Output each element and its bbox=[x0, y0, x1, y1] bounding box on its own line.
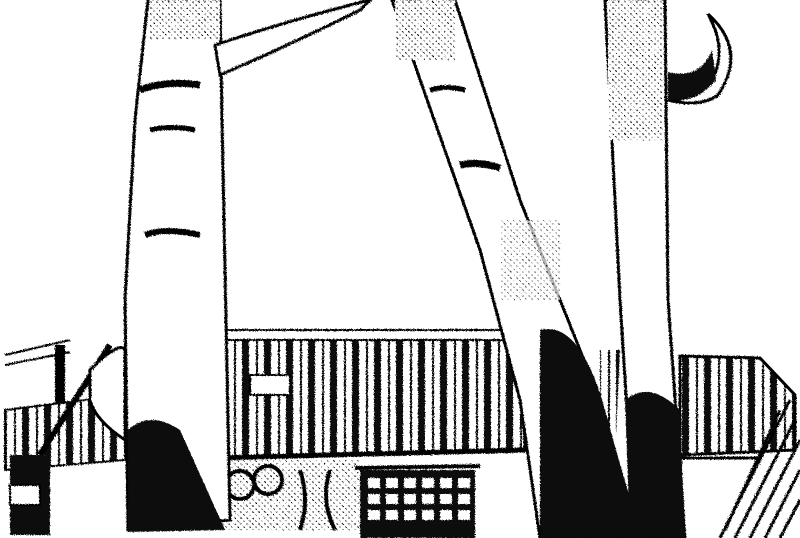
ink-drawing bbox=[0, 0, 800, 538]
tree-trunk-center-leaning bbox=[392, 0, 640, 538]
tiled-roof bbox=[210, 330, 525, 458]
vines bbox=[220, 460, 360, 530]
lattice-window bbox=[355, 466, 480, 538]
crescent-moon bbox=[668, 14, 731, 103]
left-shed bbox=[5, 340, 125, 535]
